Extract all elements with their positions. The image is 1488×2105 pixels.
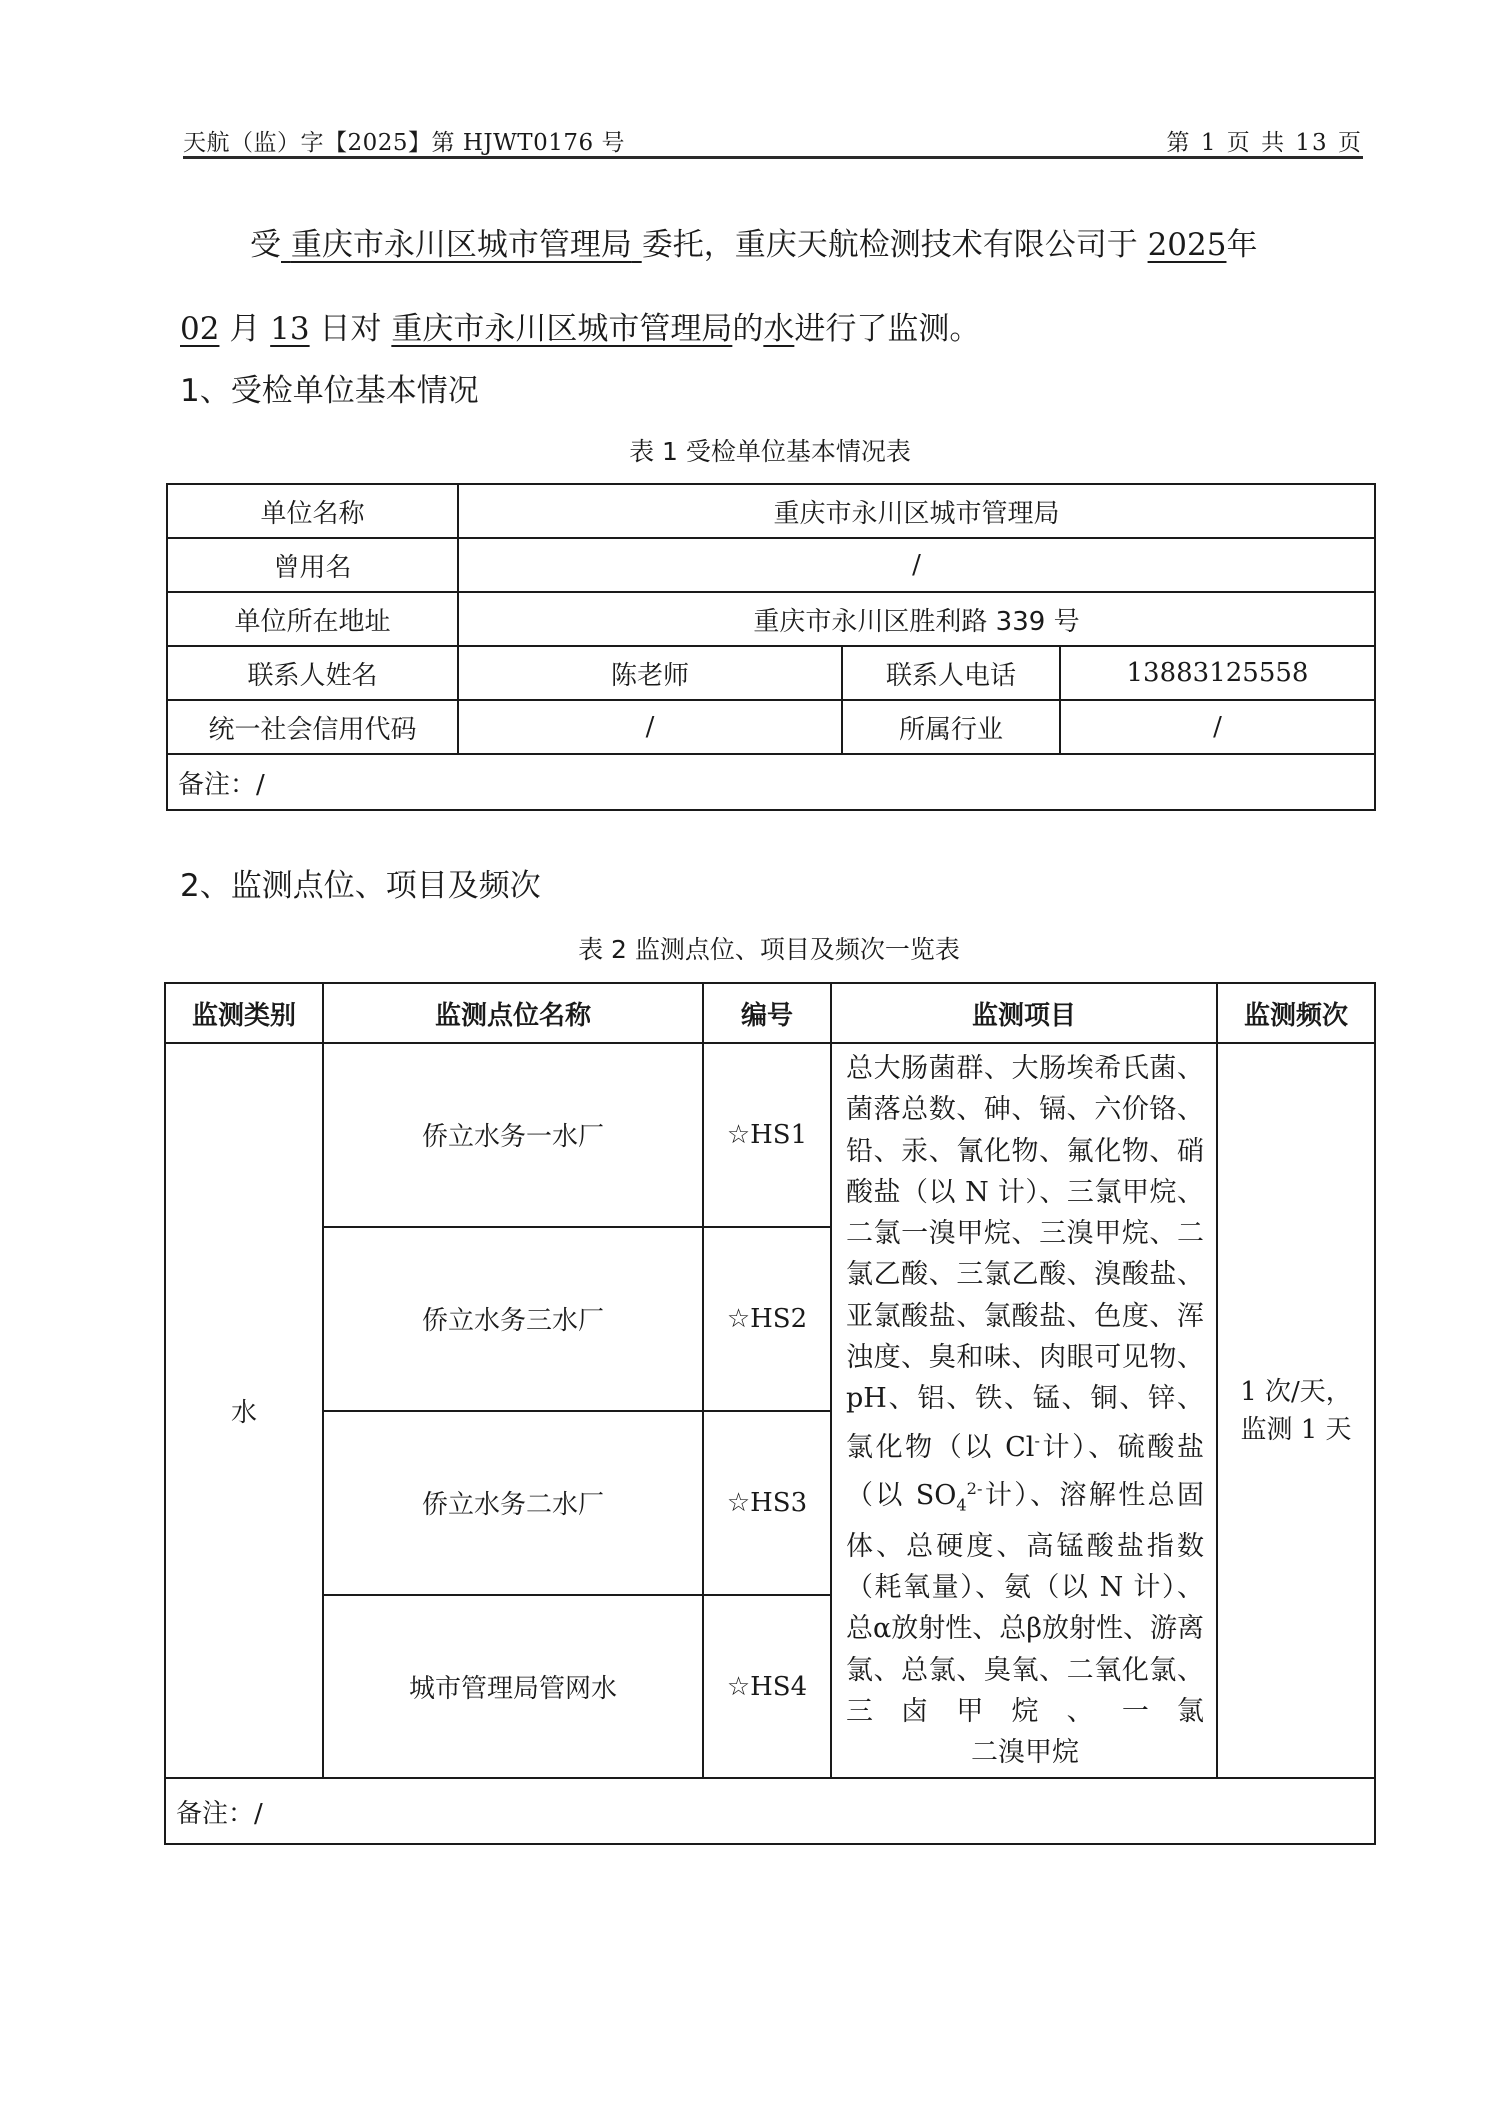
section-1-title: 1、受检单位基本情况 (180, 365, 479, 410)
section-2-title: 2、监测点位、项目及频次 (180, 860, 541, 905)
intro-text: 月 (229, 311, 260, 347)
site-code: ☆HS3 (703, 1411, 831, 1595)
report-page: 天航（监）字【2025】第 HJWT0176 号 第 1 页 共 13 页 受 … (0, 0, 1488, 2105)
intro-text: 日对 (319, 311, 381, 347)
unit-name-label: 单位名称 (167, 484, 458, 538)
intro-text: 受 (250, 227, 281, 263)
table-row: 曾用名 / (167, 538, 1375, 592)
credit-code-label: 统一社会信用代码 (167, 700, 458, 754)
monitoring-items-cell: 总大肠菌群、大肠埃希氏菌、菌落总数、砷、镉、六价铬、铅、汞、氰化物、氟化物、硝酸… (831, 1043, 1217, 1778)
header-divider (183, 156, 1363, 159)
page-header: 天航（监）字【2025】第 HJWT0176 号 第 1 页 共 13 页 (183, 118, 1363, 158)
site-name: 城市管理局管网水 (323, 1595, 703, 1779)
intro-text: 的 (732, 311, 763, 347)
category-cell: 水 (165, 1043, 323, 1778)
phone-label: 联系人电话 (842, 646, 1060, 700)
unit-name-value: 重庆市永川区城市管理局 (458, 484, 1375, 538)
frequency-line: 监测 1 天 (1218, 1411, 1374, 1449)
monitoring-table: 监测类别 监测点位名称 编号 监测项目 监测频次 水 侨立水务一水厂 ☆HS1 … (164, 982, 1376, 1845)
frequency-cell: 1 次/天， 监测 1 天 (1217, 1043, 1375, 1778)
table-row: 统一社会信用代码 / 所属行业 / (167, 700, 1375, 754)
year: 2025 (1148, 227, 1227, 263)
phone-value: 13883125558 (1060, 646, 1375, 700)
table-1-note: 备注：/ (167, 754, 1375, 810)
former-name-value: / (458, 538, 1375, 592)
site-code: ☆HS2 (703, 1227, 831, 1411)
page-info: 第 1 页 共 13 页 (1167, 124, 1363, 157)
former-name-label: 曾用名 (167, 538, 458, 592)
site-code: ☆HS1 (703, 1043, 831, 1227)
table-1-caption: 表 1 受检单位基本情况表 (166, 432, 1374, 468)
col-header-site-name: 监测点位名称 (323, 983, 703, 1043)
day: 13 (270, 311, 309, 347)
month: 02 (180, 311, 219, 347)
client-name: 重庆市永川区城市管理局 (281, 227, 642, 263)
industry-value: / (1060, 700, 1375, 754)
table-row: 单位名称 重庆市永川区城市管理局 (167, 484, 1375, 538)
contact-label: 联系人姓名 (167, 646, 458, 700)
intro-text: 委托，重庆天航检测技术有限公司于 (642, 227, 1138, 263)
site-name: 侨立水务三水厂 (323, 1227, 703, 1411)
site-name: 侨立水务一水厂 (323, 1043, 703, 1227)
doc-number: 天航（监）字【2025】第 HJWT0176 号 (183, 124, 625, 157)
table-row: 备注：/ (165, 1778, 1375, 1844)
contact-value: 陈老师 (458, 646, 842, 700)
col-header-category: 监测类别 (165, 983, 323, 1043)
intro-text: 年 (1226, 227, 1257, 263)
site-name: 侨立水务二水厂 (323, 1411, 703, 1595)
intro-text: 进行了监测。 (794, 311, 980, 347)
table-header-row: 监测类别 监测点位名称 编号 监测项目 监测频次 (165, 983, 1375, 1043)
table-2-caption: 表 2 监测点位、项目及频次一览表 (164, 930, 1374, 966)
col-header-frequency: 监测频次 (1217, 983, 1375, 1043)
address-label: 单位所在地址 (167, 592, 458, 646)
table-row: 联系人姓名 陈老师 联系人电话 13883125558 (167, 646, 1375, 700)
col-header-code: 编号 (703, 983, 831, 1043)
intro-paragraph: 受 重庆市永川区城市管理局 委托，重庆天航检测技术有限公司于 2025年 02 … (180, 203, 1370, 371)
frequency-line: 1 次/天， (1218, 1373, 1374, 1411)
target-name: 重庆市永川区城市管理局 (391, 311, 732, 347)
address-value: 重庆市永川区胜利路 339 号 (458, 592, 1375, 646)
credit-code-value: / (458, 700, 842, 754)
industry-label: 所属行业 (842, 700, 1060, 754)
table-row: 备注：/ (167, 754, 1375, 810)
table-row: 水 侨立水务一水厂 ☆HS1 总大肠菌群、大肠埃希氏菌、菌落总数、砷、镉、六价铬… (165, 1043, 1375, 1227)
medium: 水 (763, 311, 794, 347)
site-code: ☆HS4 (703, 1595, 831, 1779)
unit-info-table: 单位名称 重庆市永川区城市管理局 曾用名 / 单位所在地址 重庆市永川区胜利路 … (166, 483, 1376, 811)
col-header-items: 监测项目 (831, 983, 1217, 1043)
table-row: 单位所在地址 重庆市永川区胜利路 339 号 (167, 592, 1375, 646)
table-2-note: 备注：/ (165, 1778, 1375, 1844)
